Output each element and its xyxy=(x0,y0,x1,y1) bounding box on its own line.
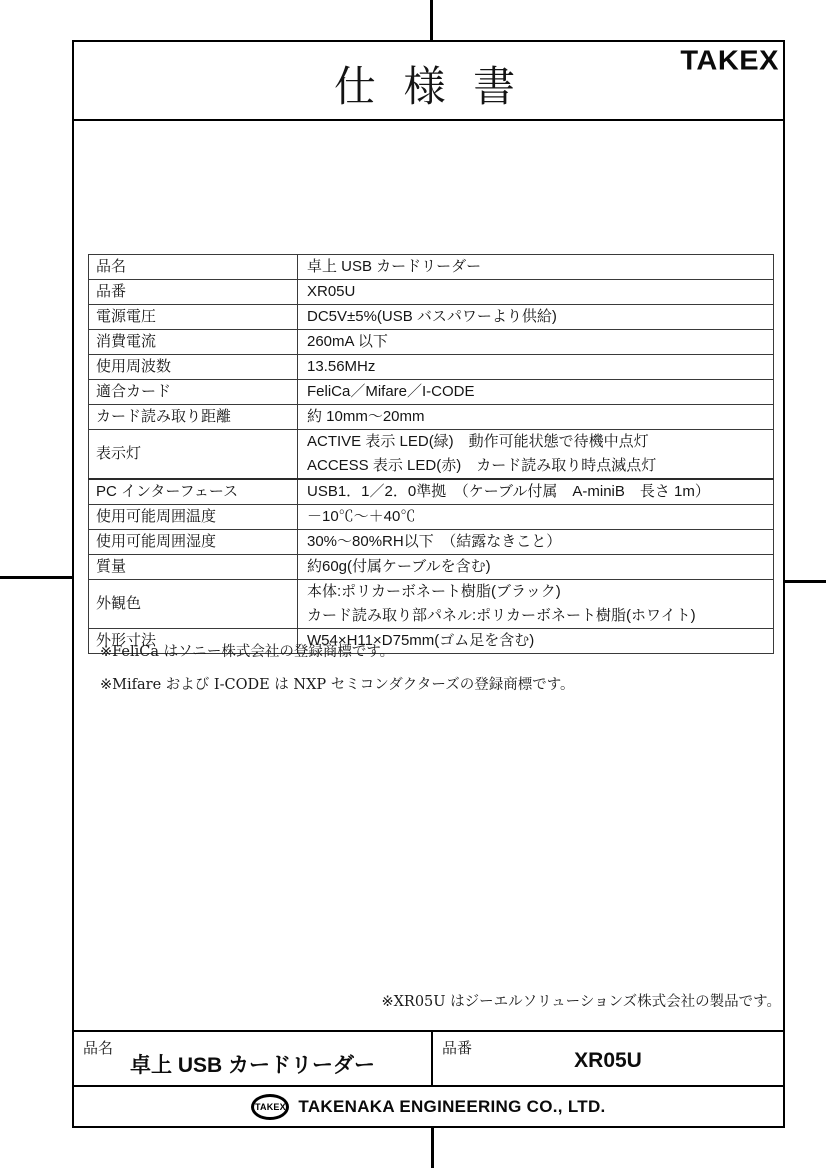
spec-row: 使用可能周囲湿度30%～80%RH以下 （結露なきこと） xyxy=(89,530,774,555)
spec-row: 電源電圧DC5V±5%(USB バスパワーより供給) xyxy=(89,305,774,330)
spec-row: カード読み取り距離約 10mm～20mm xyxy=(89,405,774,430)
crop-mark-bottom xyxy=(431,1126,434,1168)
spec-row: 適合カードFeliCa／Mifare／I-CODE xyxy=(89,380,774,405)
footer-company-strip: TAKEX TAKENAKA ENGINEERING CO., LTD. xyxy=(74,1087,783,1126)
spec-row-label: PC インターフェース xyxy=(89,479,298,505)
footer-number-cell: 品番 XR05U xyxy=(433,1032,783,1085)
spec-table-body: 品名卓上 USB カードリーダー品番XR05U電源電圧DC5V±5%(USB バ… xyxy=(89,255,774,654)
spec-value-line: DC5V±5%(USB バスパワーより供給) xyxy=(307,305,773,329)
footer-id-strip: 品名 卓上 USB カードリーダー 品番 XR05U xyxy=(74,1030,783,1087)
spec-row-value: FeliCa／Mifare／I-CODE xyxy=(298,380,774,405)
footnote: ※Mifare および I-CODE は NXP セミコンダクターズの登録商標で… xyxy=(100,673,575,694)
spec-value-line: USB1．1／2．0準拠 （ケーブル付属 A-miniB 長さ 1m） xyxy=(307,480,773,504)
spec-row: 外観色本体:ポリカーボネート樹脂(ブラック)カード読み取り部パネル:ポリカーボネ… xyxy=(89,580,774,629)
spec-row-label: 外観色 xyxy=(89,580,298,629)
spec-value-line: 卓上 USB カードリーダー xyxy=(307,255,773,279)
footer-name-cell: 品名 卓上 USB カードリーダー xyxy=(74,1032,433,1085)
spec-row-value: USB1．1／2．0準拠 （ケーブル付属 A-miniB 長さ 1m） xyxy=(298,479,774,505)
spec-row-value: 260mA 以下 xyxy=(298,330,774,355)
spec-row: PC インターフェースUSB1．1／2．0準拠 （ケーブル付属 A-miniB … xyxy=(89,479,774,505)
spec-row-value: 約 10mm～20mm xyxy=(298,405,774,430)
footnote: ※FeliCa はソニー株式会社の登録商標です。 xyxy=(100,640,575,661)
spec-row-label: 電源電圧 xyxy=(89,305,298,330)
spec-value-line: ACTIVE 表示 LED(緑) 動作可能状態で待機中点灯 xyxy=(307,430,773,454)
spec-row-value: 本体:ポリカーボネート樹脂(ブラック)カード読み取り部パネル:ポリカーボネート樹… xyxy=(298,580,774,629)
spec-row-value: 約60g(付属ケーブルを含む) xyxy=(298,555,774,580)
spec-value-line: 約 10mm～20mm xyxy=(307,405,773,429)
crop-mark-top xyxy=(430,0,433,42)
spec-value-line: XR05U xyxy=(307,280,773,304)
spec-row-value: DC5V±5%(USB バスパワーより供給) xyxy=(298,305,774,330)
product-note: ※XR05U はジーエルソリューションズ株式会社の製品です。 xyxy=(381,990,781,1011)
spec-table: 品名卓上 USB カードリーダー品番XR05U電源電圧DC5V±5%(USB バ… xyxy=(88,254,774,654)
document-header: 仕 様 書 TAKEX xyxy=(74,42,783,121)
footer-number-value: XR05U xyxy=(433,1049,783,1073)
spec-value-line: －10℃～＋40℃ xyxy=(307,505,773,529)
spec-row-label: 使用可能周囲温度 xyxy=(89,505,298,530)
spec-row: 使用可能周囲温度－10℃～＋40℃ xyxy=(89,505,774,530)
footer-name-value: 卓上 USB カードリーダー xyxy=(74,1049,431,1079)
spec-sheet-page: 仕 様 書 TAKEX 品名卓上 USB カードリーダー品番XR05U電源電圧D… xyxy=(0,0,826,1168)
spec-row-label: 品名 xyxy=(89,255,298,280)
spec-row-value: XR05U xyxy=(298,280,774,305)
document-frame: 仕 様 書 TAKEX 品名卓上 USB カードリーダー品番XR05U電源電圧D… xyxy=(72,40,785,1128)
spec-row-value: －10℃～＋40℃ xyxy=(298,505,774,530)
spec-row-value: 30%～80%RH以下 （結露なきこと） xyxy=(298,530,774,555)
spec-value-line: ACCESS 表示 LED(赤) カード読み取り時点滅点灯 xyxy=(307,454,773,478)
spec-row-label: 使用可能周囲湿度 xyxy=(89,530,298,555)
spec-row-label: 表示灯 xyxy=(89,430,298,480)
spec-value-line: 13.56MHz xyxy=(307,355,773,379)
spec-value-line: 約60g(付属ケーブルを含む) xyxy=(307,555,773,579)
spec-row-value: 13.56MHz xyxy=(298,355,774,380)
spec-value-line: 30%～80%RH以下 （結露なきこと） xyxy=(307,530,773,554)
crop-mark-left xyxy=(0,576,74,579)
spec-row: 使用周波数13.56MHz xyxy=(89,355,774,380)
spec-row-label: カード読み取り距離 xyxy=(89,405,298,430)
spec-value-line: 260mA 以下 xyxy=(307,330,773,354)
spec-value-line: FeliCa／Mifare／I-CODE xyxy=(307,380,773,404)
footnotes: ※FeliCa はソニー株式会社の登録商標です。※Mifare および I-CO… xyxy=(100,640,575,706)
takex-logotype: TAKEX xyxy=(680,46,779,77)
spec-row-value: 卓上 USB カードリーダー xyxy=(298,255,774,280)
crop-mark-right xyxy=(783,580,826,583)
page-title: 仕 様 書 xyxy=(74,54,783,114)
spec-row-label: 適合カード xyxy=(89,380,298,405)
spec-row: 品番XR05U xyxy=(89,280,774,305)
spec-row-label: 質量 xyxy=(89,555,298,580)
spec-row: 質量約60g(付属ケーブルを含む) xyxy=(89,555,774,580)
spec-row: 品名卓上 USB カードリーダー xyxy=(89,255,774,280)
spec-value-line: 本体:ポリカーボネート樹脂(ブラック) xyxy=(307,580,773,604)
spec-row-label: 使用周波数 xyxy=(89,355,298,380)
company-name: TAKENAKA ENGINEERING CO., LTD. xyxy=(298,1097,605,1117)
spec-row-label: 品番 xyxy=(89,280,298,305)
spec-row: 表示灯ACTIVE 表示 LED(緑) 動作可能状態で待機中点灯ACCESS 表… xyxy=(89,430,774,480)
takex-oval-logo-icon: TAKEX xyxy=(251,1094,289,1120)
spec-value-line: カード読み取り部パネル:ポリカーボネート樹脂(ホワイト) xyxy=(307,604,773,628)
spec-row-label: 消費電流 xyxy=(89,330,298,355)
spec-row-value: ACTIVE 表示 LED(緑) 動作可能状態で待機中点灯ACCESS 表示 L… xyxy=(298,430,774,480)
spec-row: 消費電流260mA 以下 xyxy=(89,330,774,355)
